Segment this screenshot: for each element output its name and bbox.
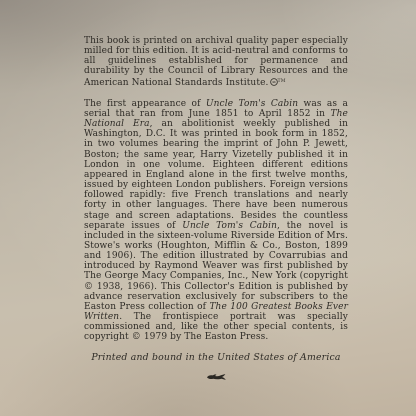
printed-in-usa-line: Printed and bound in the United States o…: [84, 353, 348, 363]
permanent-paper-icon: ∞: [270, 78, 278, 89]
bird-fleuron-icon: [84, 372, 348, 385]
publication-history-paragraph: The first appearance of Uncle Tom's Cabi…: [84, 99, 348, 343]
book-colophon-page: This book is printed on archival quality…: [0, 0, 416, 416]
colophon-text-block: This book is printed on archival quality…: [84, 36, 348, 385]
svg-text:∞: ∞: [271, 79, 275, 85]
archival-paper-notice: This book is printed on archival quality…: [84, 36, 348, 89]
archival-paper-notice-text: This book is printed on archival quality…: [84, 36, 348, 88]
trademark-superscript: TM: [278, 79, 286, 84]
publication-history-text: The first appearance of Uncle Tom's Cabi…: [84, 99, 348, 343]
